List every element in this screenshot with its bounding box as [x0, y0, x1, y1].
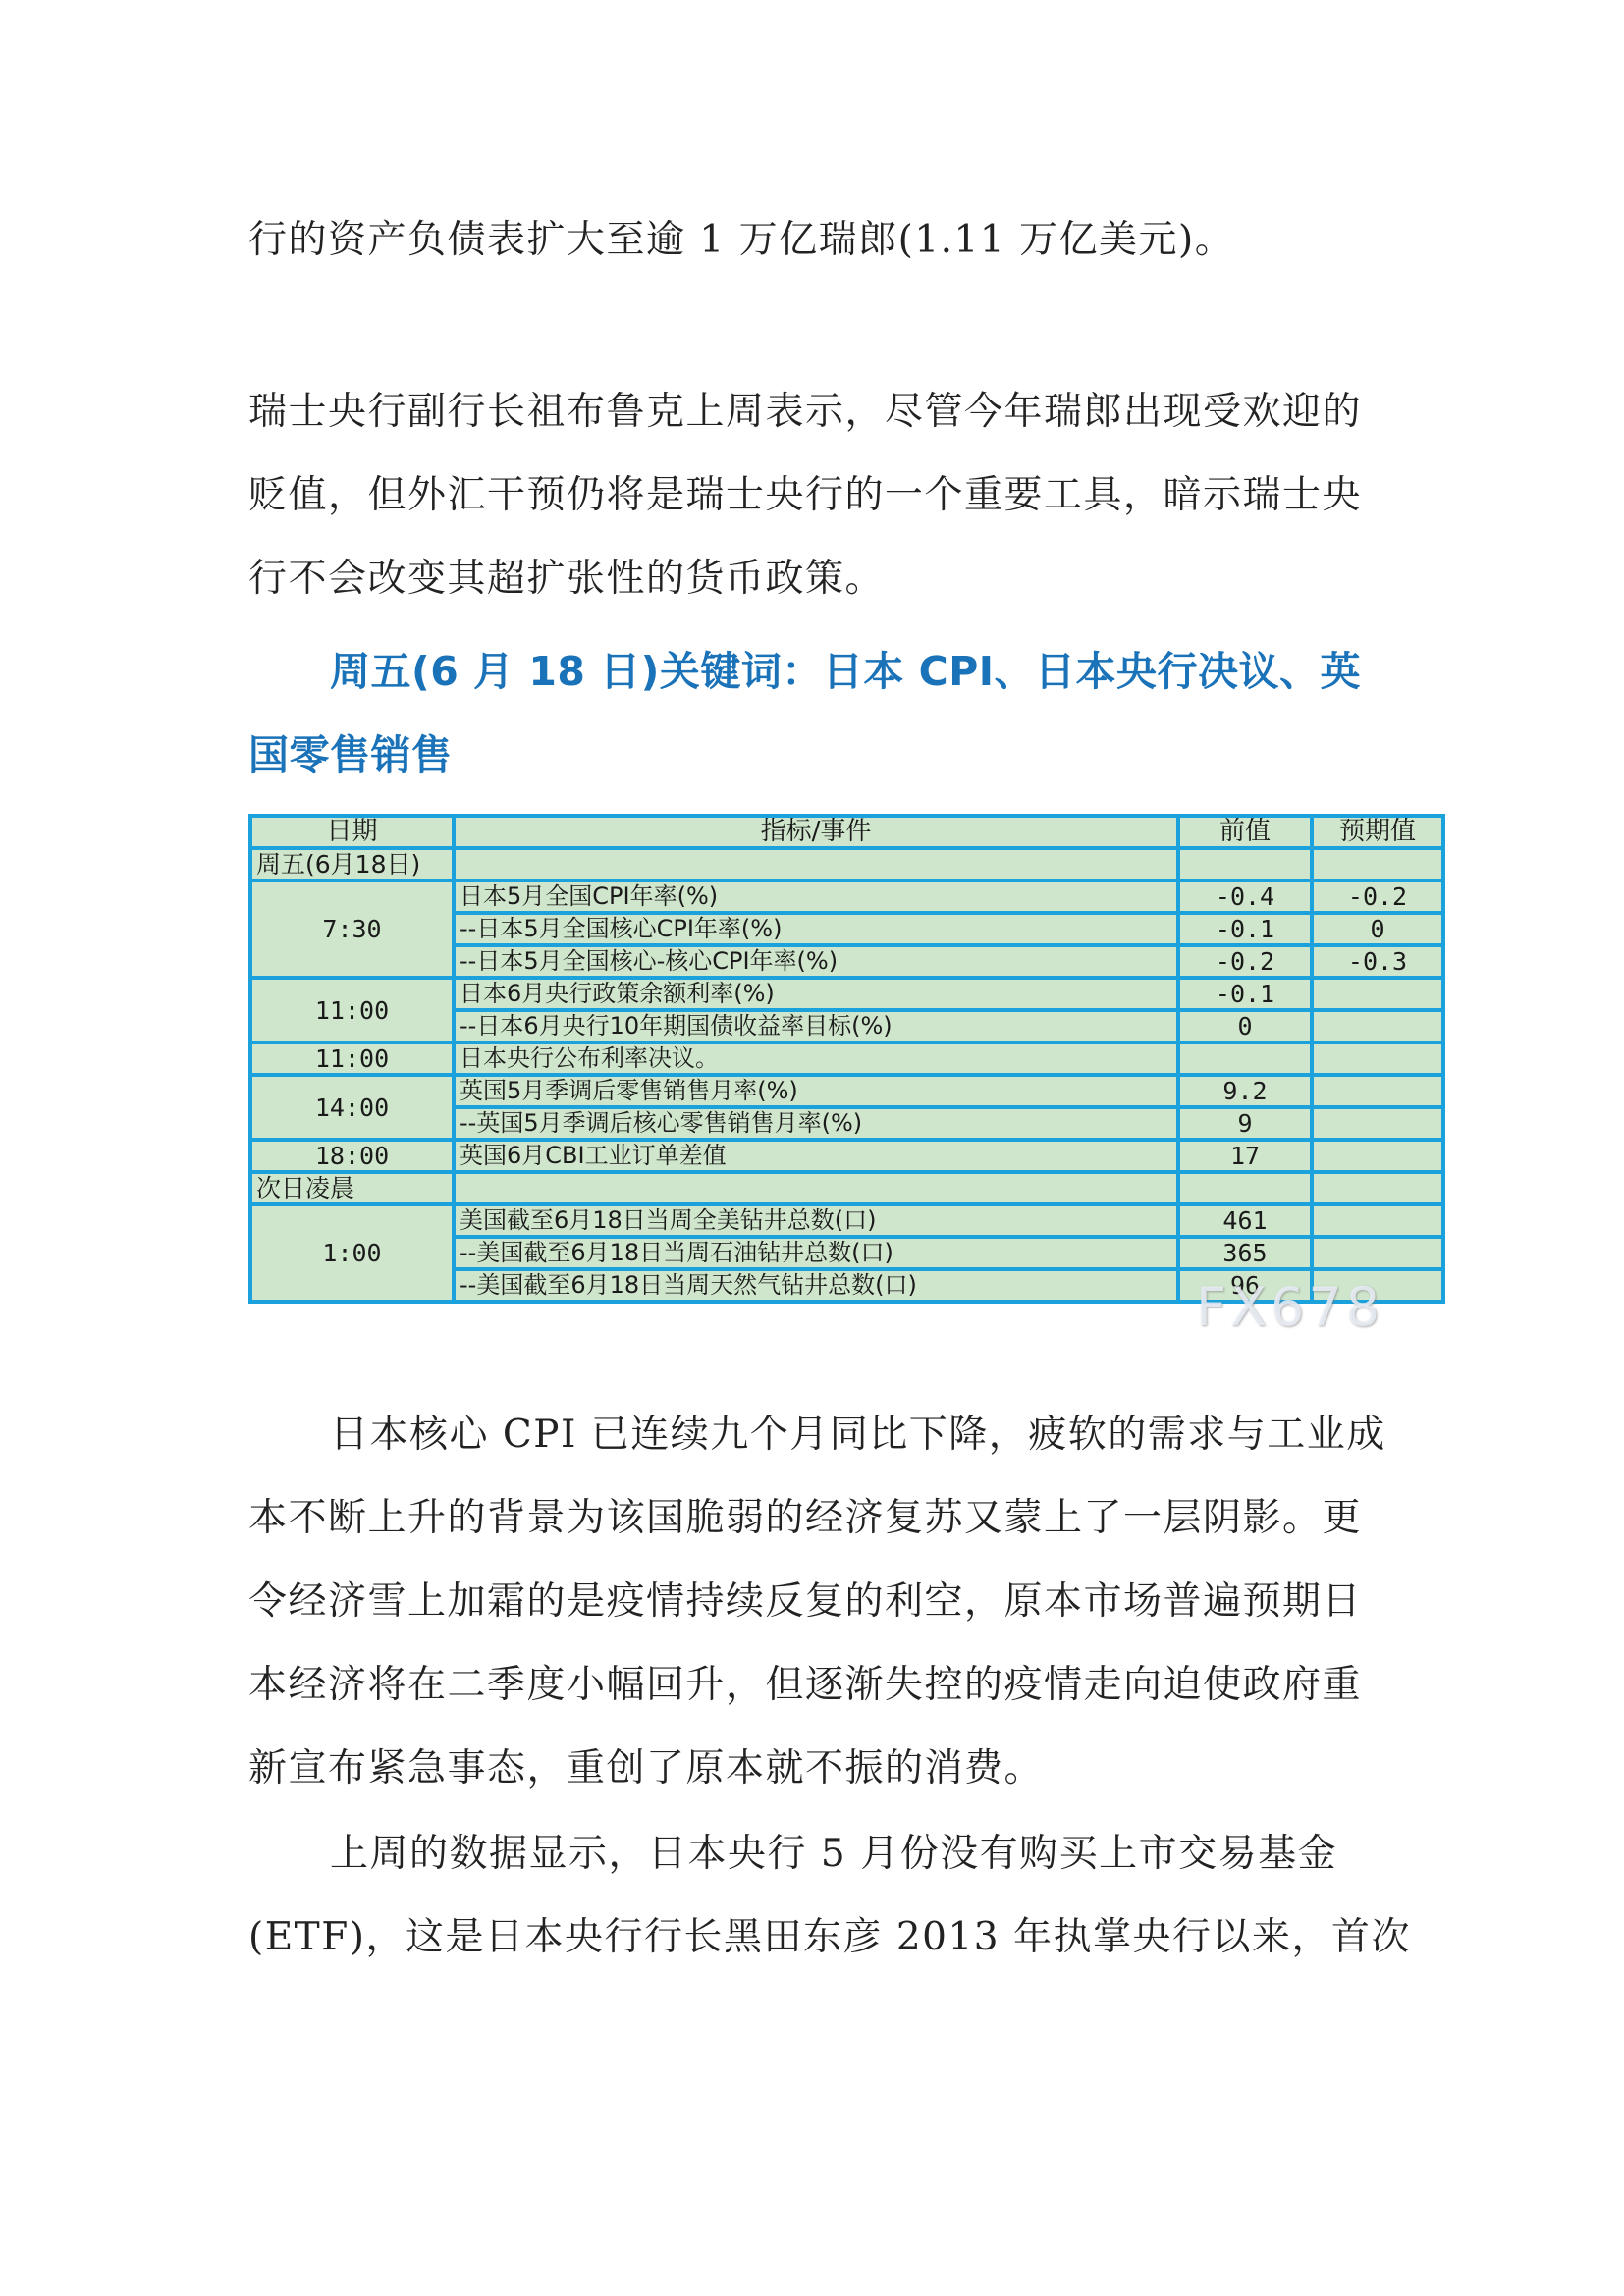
- time-cell: 7:30: [250, 881, 454, 978]
- indicator-cell: 日本5月全国CPI年率(%): [454, 881, 1178, 913]
- date-group-label: 周五(6月18日): [250, 848, 454, 881]
- forecast-cell: [1312, 848, 1443, 881]
- previous-cell: -0.1: [1178, 913, 1312, 945]
- time-cell: 11:00: [250, 978, 454, 1042]
- indicator-cell: --日本5月全国核心-核心CPI年率(%): [454, 945, 1178, 978]
- paragraph-3-line-2: 本不断上升的背景为该国脆弱的经济复苏又蒙上了一层阴影。更: [248, 1495, 1441, 1542]
- section-heading-line-1: 周五(6 月 18 日)关键词：日本 CPI、日本央行决议、英: [330, 648, 1523, 695]
- forecast-cell: [1312, 1204, 1443, 1237]
- paragraph-2-line-1: 瑞士央行副行长祖布鲁克上周表示，尽管今年瑞郎出现受欢迎的: [248, 389, 1441, 436]
- previous-cell: 0: [1178, 1010, 1312, 1042]
- forecast-cell: [1312, 1010, 1443, 1042]
- paragraph-4-line-1: 上周的数据显示，日本央行 5 月份没有购买上市交易基金: [330, 1831, 1523, 1878]
- indicator-cell: --日本5月全国核心CPI年率(%): [454, 913, 1178, 945]
- indicator-cell: --日本6月央行10年期国债收益率目标(%): [454, 1010, 1178, 1042]
- previous-cell: -0.2: [1178, 945, 1312, 978]
- paragraph-3-line-4: 本经济将在二季度小幅回升，但逐渐失控的疫情走向迫使政府重: [248, 1662, 1441, 1709]
- indicator-cell: [454, 1172, 1178, 1204]
- time-cell: 14:00: [250, 1075, 454, 1140]
- previous-cell: -0.4: [1178, 881, 1312, 913]
- forecast-cell: [1312, 1172, 1443, 1204]
- economic-calendar-table: 日期 指标/事件 前值 预期值 周五(6月18日) 7:30 日本5月全国CPI…: [248, 814, 1445, 1304]
- forecast-cell: -0.3: [1312, 945, 1443, 978]
- previous-cell: [1178, 1172, 1312, 1204]
- section-heading-line-2: 国零售销售: [248, 731, 1441, 778]
- indicator-cell: 英国6月CBI工业订单差值: [454, 1140, 1178, 1172]
- previous-cell: 365: [1178, 1237, 1312, 1269]
- forecast-cell: [1312, 1237, 1443, 1269]
- previous-cell: 9.2: [1178, 1075, 1312, 1107]
- paragraph-4-line-2: (ETF)，这是日本央行行长黑田东彦 2013 年执掌央行以来，首次: [248, 1914, 1441, 1961]
- paragraph-3-line-1: 日本核心 CPI 已连续九个月同比下降，疲软的需求与工业成: [330, 1412, 1523, 1459]
- paragraph-1-line-1: 行的资产负债表扩大至逾 1 万亿瑞郎(1.11 万亿美元)。: [248, 217, 1441, 264]
- table-header-row: 日期 指标/事件 前值 预期值: [250, 816, 1443, 848]
- header-date: 日期: [250, 816, 454, 848]
- time-cell: 18:00: [250, 1140, 454, 1172]
- previous-cell: 461: [1178, 1204, 1312, 1237]
- previous-cell: 9: [1178, 1107, 1312, 1140]
- forecast-cell: [1312, 978, 1443, 1010]
- forecast-cell: [1312, 1269, 1443, 1302]
- forecast-cell: -0.2: [1312, 881, 1443, 913]
- indicator-cell: 美国截至6月18日当周全美钻井总数(口): [454, 1204, 1178, 1237]
- forecast-cell: [1312, 1075, 1443, 1107]
- paragraph-2-line-2: 贬值，但外汇干预仍将是瑞士央行的一个重要工具，暗示瑞士央: [248, 472, 1441, 519]
- indicator-cell: 日本央行公布利率决议。: [454, 1042, 1178, 1075]
- paragraph-3-line-3: 令经济雪上加霜的是疫情持续反复的利空，原本市场普遍预期日: [248, 1578, 1441, 1626]
- indicator-cell: [454, 848, 1178, 881]
- indicator-cell: 英国5月季调后零售销售月率(%): [454, 1075, 1178, 1107]
- previous-cell: 96: [1178, 1269, 1312, 1302]
- indicator-cell: --美国截至6月18日当周石油钻井总数(口): [454, 1237, 1178, 1269]
- table-row: 18:00 英国6月CBI工业订单差值 17: [250, 1140, 1443, 1172]
- table-row: 次日凌晨: [250, 1172, 1443, 1204]
- previous-cell: -0.1: [1178, 978, 1312, 1010]
- indicator-cell: --英国5月季调后核心零售销售月率(%): [454, 1107, 1178, 1140]
- forecast-cell: [1312, 1042, 1443, 1075]
- forecast-cell: [1312, 1140, 1443, 1172]
- time-cell: 11:00: [250, 1042, 454, 1075]
- paragraph-2-line-3: 行不会改变其超扩张性的货币政策。: [248, 556, 1441, 603]
- indicator-cell: --美国截至6月18日当周天然气钻井总数(口): [454, 1269, 1178, 1302]
- paragraph-3-line-5: 新宣布紧急事态，重创了原本就不振的消费。: [248, 1745, 1441, 1792]
- time-cell: 1:00: [250, 1204, 454, 1302]
- table-row: 周五(6月18日): [250, 848, 1443, 881]
- forecast-cell: 0: [1312, 913, 1443, 945]
- table-row: 11:00 日本央行公布利率决议。: [250, 1042, 1443, 1075]
- date-group-label: 次日凌晨: [250, 1172, 454, 1204]
- forecast-cell: [1312, 1107, 1443, 1140]
- header-forecast: 预期值: [1312, 816, 1443, 848]
- header-previous: 前值: [1178, 816, 1312, 848]
- previous-cell: [1178, 1042, 1312, 1075]
- table-row: 1:00 美国截至6月18日当周全美钻井总数(口) 461: [250, 1204, 1443, 1237]
- previous-cell: [1178, 848, 1312, 881]
- previous-cell: 17: [1178, 1140, 1312, 1172]
- indicator-cell: 日本6月央行政策余额利率(%): [454, 978, 1178, 1010]
- table-row: 14:00 英国5月季调后零售销售月率(%) 9.2: [250, 1075, 1443, 1107]
- table-row: 11:00 日本6月央行政策余额利率(%) -0.1: [250, 978, 1443, 1010]
- table-row: 7:30 日本5月全国CPI年率(%) -0.4 -0.2: [250, 881, 1443, 913]
- header-indicator: 指标/事件: [454, 816, 1178, 848]
